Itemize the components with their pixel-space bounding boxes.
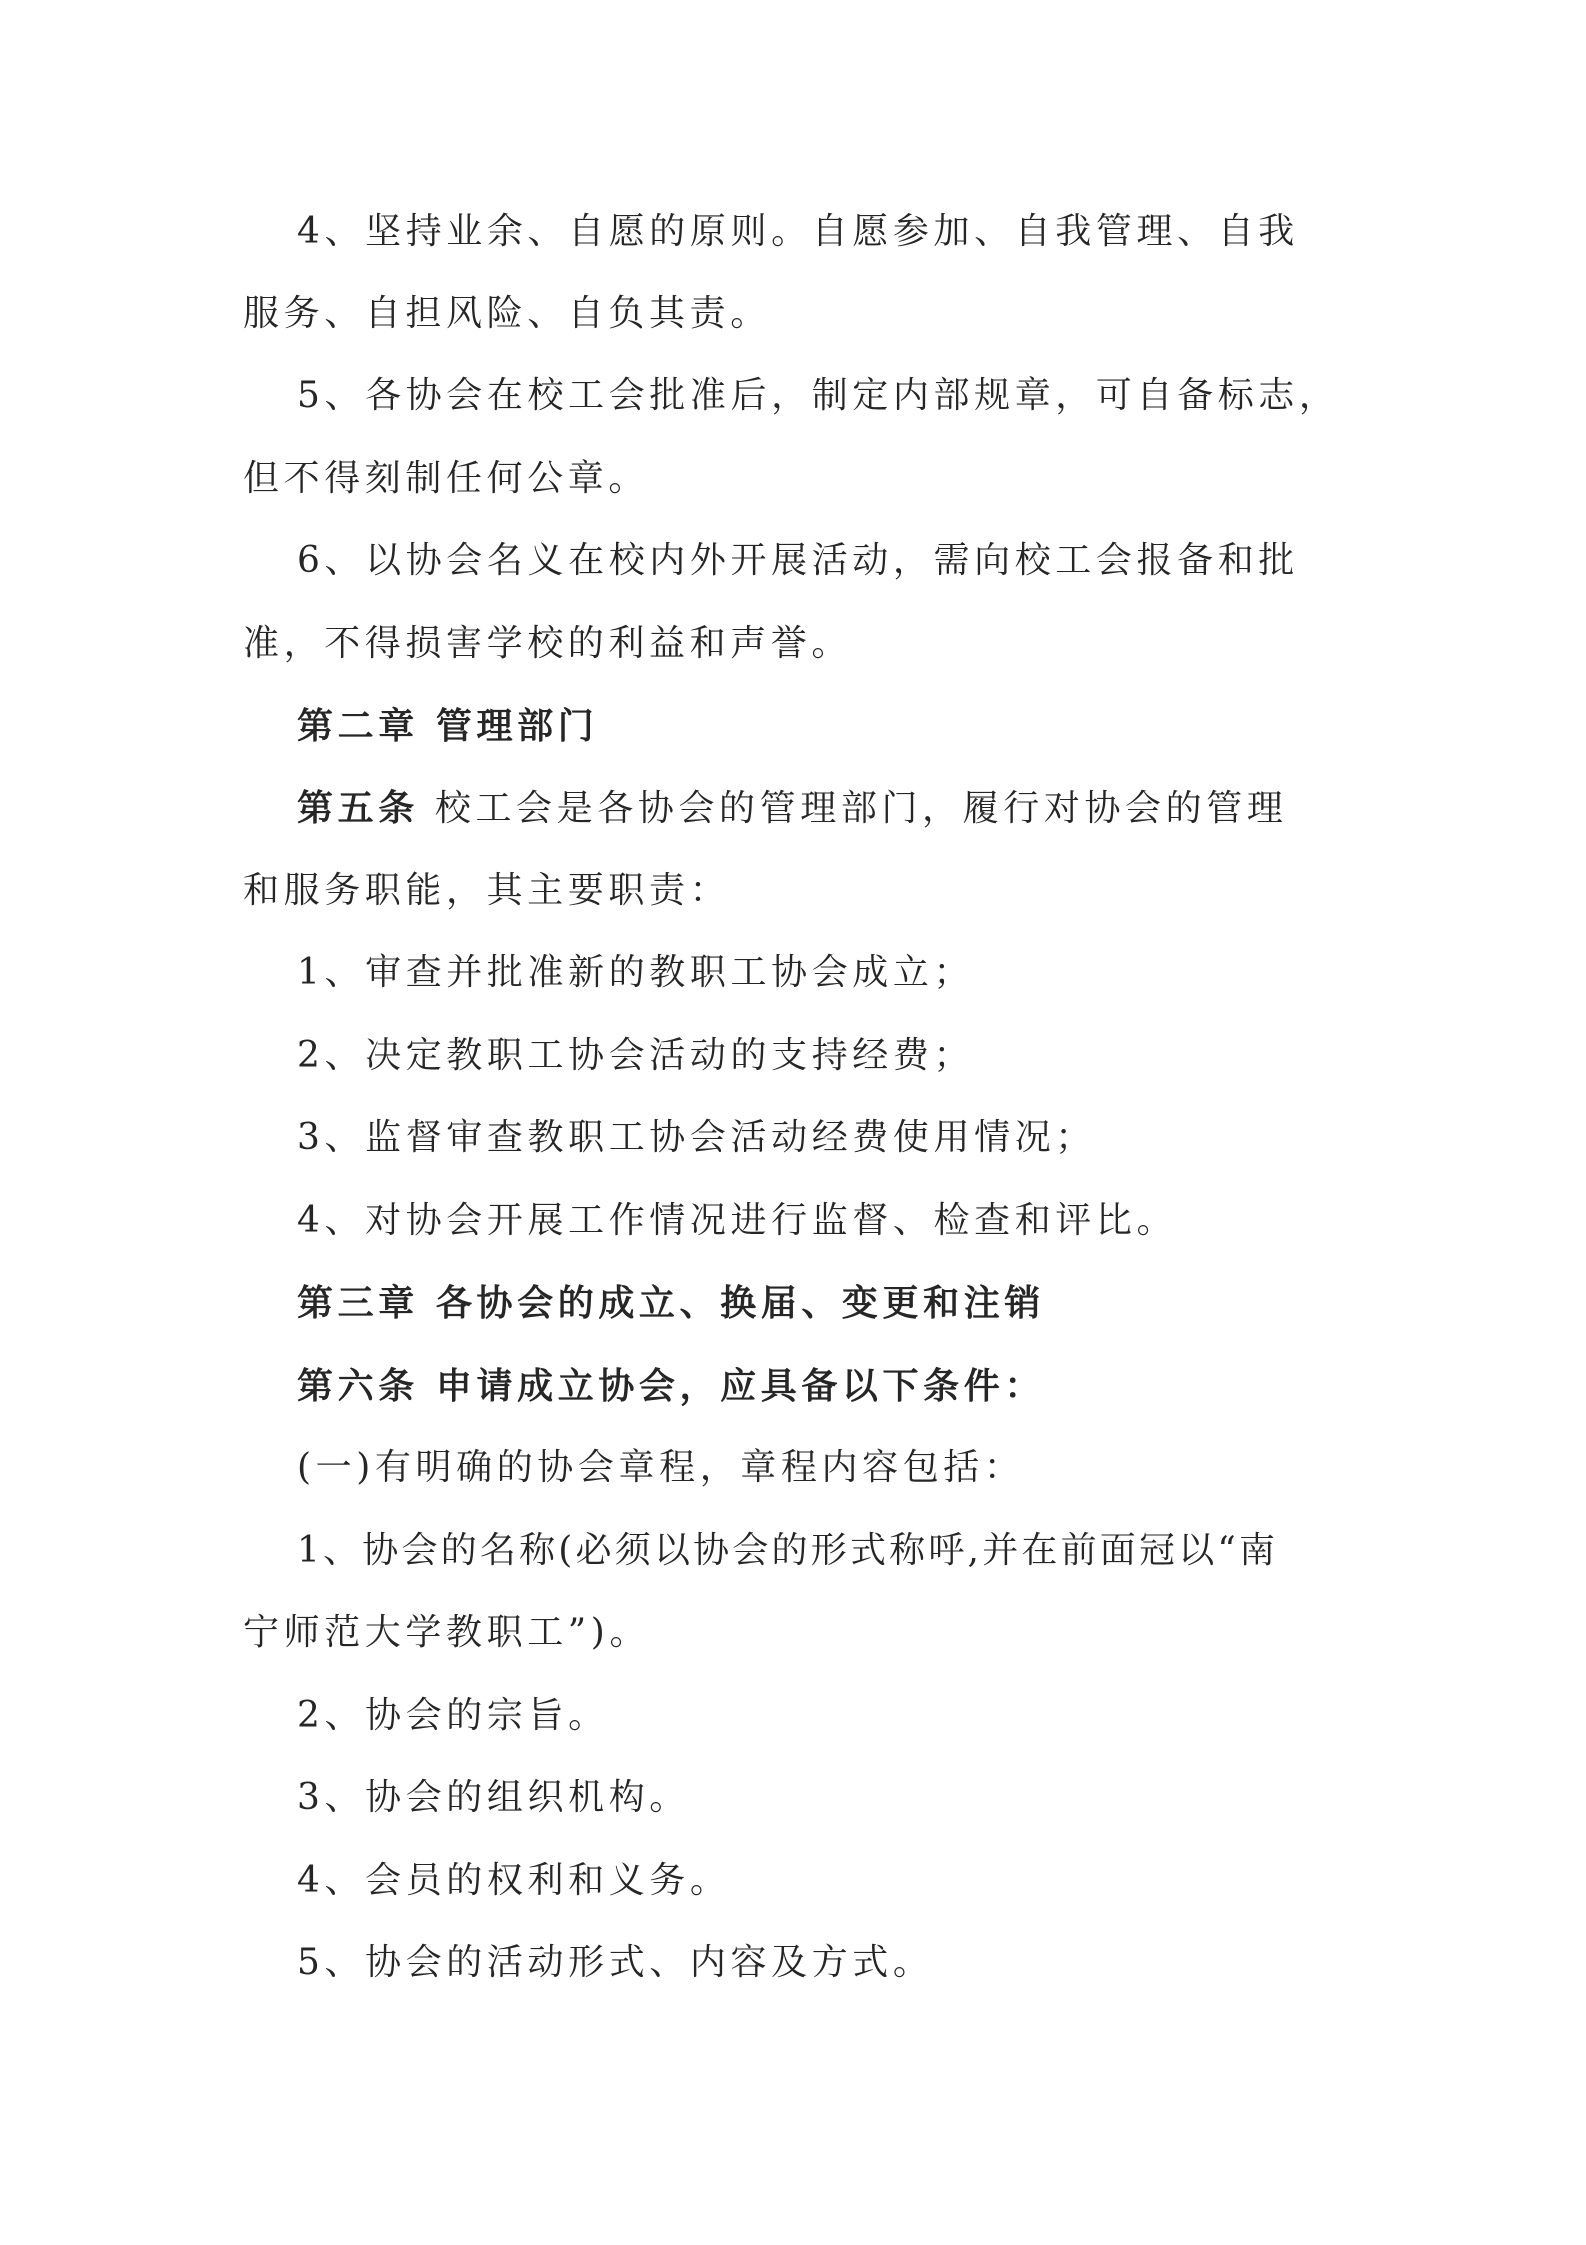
paragraph-line: 6、以协会名义在校内外开展活动，需向校工会报备和批 — [297, 539, 1407, 621]
list-item: 2、决定教职工协会活动的支持经费； — [297, 1034, 1407, 1116]
article-paragraph: 第五条 校工会是各协会的管理部门，履行对协会的管理 — [297, 786, 1407, 868]
list-item: 4、对协会开展工作情况进行监督、检查和评比。 — [297, 1199, 1407, 1281]
article-heading: 第六条 申请成立协会，应具备以下条件： — [297, 1364, 1407, 1446]
list-item: 3、监督审查教职工协会活动经费使用情况； — [297, 1116, 1407, 1198]
condition-item: (一)有明确的协会章程，章程内容包括： — [297, 1446, 1407, 1528]
list-item: 5、协会的活动形式、内容及方式。 — [297, 1941, 1407, 2023]
paragraph-line: 服务、自担风险、自负其责。 — [243, 292, 1353, 374]
list-item: 1、协会的名称(必须以协会的形式称呼,并在前面冠以“南 — [297, 1529, 1407, 1611]
document-page: 4、坚持业余、自愿的原则。自愿参加、自我管理、自我 服务、自担风险、自负其责。 … — [0, 0, 1586, 2245]
paragraph-line: 宁师范大学教职工”)。 — [243, 1611, 1353, 1693]
article-label: 第五条 — [297, 787, 419, 829]
list-item: 3、协会的组织机构。 — [297, 1776, 1407, 1858]
list-item: 4、会员的权利和义务。 — [297, 1859, 1407, 1941]
chapter-heading: 第三章 各协会的成立、换届、变更和注销 — [297, 1281, 1407, 1363]
paragraph-line: 准，不得损害学校的利益和声誉。 — [243, 622, 1353, 704]
paragraph-line: 和服务职能，其主要职责： — [243, 869, 1353, 951]
chapter-heading: 第二章 管理部门 — [297, 704, 1407, 786]
paragraph-line: 4、坚持业余、自愿的原则。自愿参加、自我管理、自我 — [297, 210, 1407, 292]
paragraph-line: 但不得刻制任何公章。 — [243, 457, 1353, 539]
list-item: 1、审查并批准新的教职工协会成立； — [297, 951, 1407, 1033]
article-text: 校工会是各协会的管理部门，履行对协会的管理 — [419, 788, 1288, 829]
list-item: 2、协会的宗旨。 — [297, 1694, 1407, 1776]
paragraph-line: 5、各协会在校工会批准后，制定内部规章，可自备标志， — [297, 374, 1407, 456]
